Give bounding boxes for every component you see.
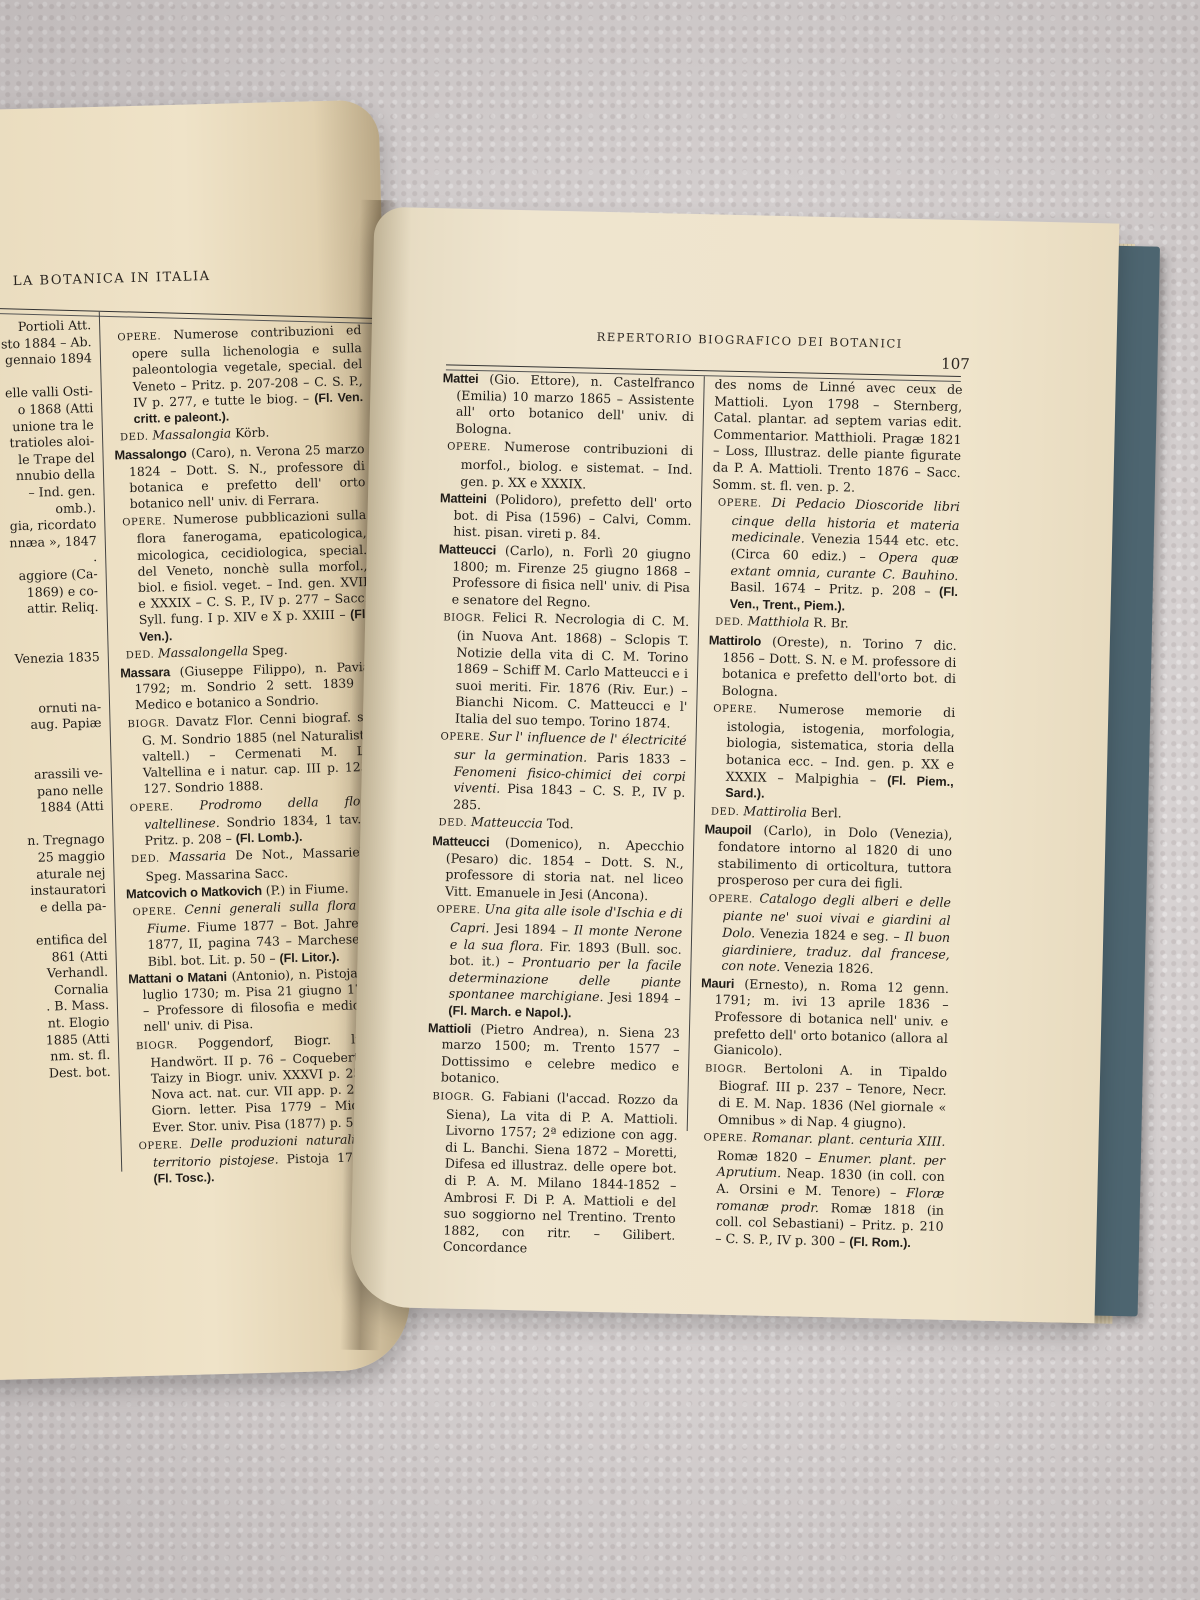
entry-headword: Mattani o Matani xyxy=(128,969,227,987)
entry-section: OPERE. Catalogo degli alberi e delle pia… xyxy=(707,889,951,979)
section-label: DED. xyxy=(438,818,471,830)
entry-headword: Mauri xyxy=(701,975,734,991)
right-page: REPERTORIO BIOGRAFICO DEI BOTANICI 107 M… xyxy=(350,207,1120,1324)
section-label: DED. xyxy=(131,854,169,866)
text-fragment: e della pa- xyxy=(0,898,107,918)
text-fragment: nnæa », 1847 xyxy=(0,533,97,553)
section-label: DED. xyxy=(120,432,153,444)
entry-massalongo: Massalongo (Caro), n. Verona 25 marzo 18… xyxy=(114,441,366,512)
entry-text: Davatz Flor. Cenni biograf. su G. M. Son… xyxy=(142,709,373,797)
entry-text: Jesi 1894 – xyxy=(603,989,680,1006)
entry-section: OPERE. Sur l' influence de l' électricit… xyxy=(439,728,687,819)
entry-matteucci: Matteucci (Carlo), n. Forlì 20 giugno 18… xyxy=(437,541,690,613)
work-title: Matteuccia xyxy=(471,814,543,831)
text-fragment: 1884 (Atti xyxy=(0,798,104,818)
section-label: BIOGR. xyxy=(705,1063,764,1075)
entry-section: BIOGR. G. Fabiani (l'accad. Rozzo da Sie… xyxy=(429,1087,679,1260)
entry-headword: Mattirolo xyxy=(709,632,762,648)
entry-text: Paris 1833 – xyxy=(587,750,686,767)
entry-text: Romæ 1820 – xyxy=(717,1147,819,1164)
text-fragment: gennaio 1894 xyxy=(0,350,92,370)
section-label: OPERE. xyxy=(117,331,173,343)
flora-reference: (Fl. March. e Napol.). xyxy=(448,1004,571,1021)
section-label: OPERE. xyxy=(718,498,772,510)
entry-section: OPERE. Una gita alle isole d'Ischia e di… xyxy=(434,901,683,1025)
entry-text: Körb. xyxy=(231,425,270,441)
entry-text: (Ernesto), n. Roma 12 genn. 1791; m. ivi… xyxy=(713,976,949,1058)
entry-headword: Matteini xyxy=(440,490,487,506)
section-label: BIOGR. xyxy=(432,1091,481,1103)
entry-maupoil: Maupoil (Carlo), in Dolo (Venezia), fond… xyxy=(703,822,952,894)
entry-text: Venezia 1826. xyxy=(780,959,874,976)
entry-text: R. Br. xyxy=(809,615,849,631)
entry-section: BIOGR. Felici R. Necrologia di C. M. (in… xyxy=(441,609,690,733)
entry-headword: Matteucci xyxy=(432,833,490,849)
entry-text: Basil. 1674 – Pritz. p. 208 – xyxy=(730,579,939,599)
entry-headword: Mattioli xyxy=(428,1020,472,1036)
entry-text: (P.) in Fiume. xyxy=(262,880,349,897)
text-fragment: Dest. bot. xyxy=(0,1064,111,1084)
entry-text: G. Fabiani (l'accad. Rozzo da Siena), La… xyxy=(443,1088,679,1255)
entry-text: (Carlo), in Dolo (Venezia), fondatore in… xyxy=(717,823,952,891)
work-title: Massalongia xyxy=(152,426,231,443)
section-label: BIOGR. xyxy=(127,718,175,730)
page-number: 107 xyxy=(941,355,970,374)
entry-mauri: Mauri (Ernesto), n. Roma 12 genn. 1791; … xyxy=(699,975,949,1064)
entry-text: Tod. xyxy=(543,816,574,832)
entry-text: Berl. xyxy=(807,805,842,821)
entry-section: OPERE. Prodromo della flora valtellinese… xyxy=(130,793,375,850)
entry-section: OPERE. Numerose contribuzioni di morfol.… xyxy=(446,438,693,495)
section-label: OPERE. xyxy=(709,893,760,905)
entry-text: (Gio. Ettore), n. Castelfranco (Emilia) … xyxy=(455,371,694,437)
entry-section: OPERE. Numerose contribuzioni ed opere s… xyxy=(117,322,364,428)
section-label: DED. xyxy=(715,617,748,629)
section-label: OPERE. xyxy=(132,906,184,918)
entry-text: Speg. xyxy=(248,642,288,658)
section-label: OPERE. xyxy=(713,704,778,716)
flora-reference: (Fl. Rom.). xyxy=(849,1234,911,1249)
entry-section: OPERE. Di Pedacio Dioscoride libri cinqu… xyxy=(715,494,960,618)
entry-section: OPERE. Cenni generali sulla flora di Fiu… xyxy=(132,897,378,970)
section-label: DED. xyxy=(711,806,744,818)
section-label: OPERE. xyxy=(440,732,488,744)
entry-headword: Maupoil xyxy=(704,822,751,838)
entry-text: (Pietro Andrea), n. Siena 23 marzo 1500;… xyxy=(441,1021,680,1086)
entry-section: DED. Massaria De Not., Massariella Speg.… xyxy=(131,844,376,885)
entry-section: OPERE. Romanar. plant. centuria XIII. Ro… xyxy=(701,1129,946,1253)
flora-reference: (Fl. Lomb.). xyxy=(236,830,303,846)
right-column-1: Mattei (Gio. Ettore), n. Castelfranco (E… xyxy=(423,370,695,1261)
left-outer-column: Portioli Att.sto 1884 – Ab.gennaio 1894 … xyxy=(0,317,111,1083)
entry-headword: Massalongo xyxy=(114,446,186,463)
section-label: OPERE. xyxy=(437,905,485,917)
entry-section: BIOGR. Davatz Flor. Cenni biograf. su G.… xyxy=(127,709,373,798)
entry-continuation: des noms de Linné avec ceux de Mattioli.… xyxy=(712,376,963,494)
section-label: OPERE. xyxy=(130,801,200,814)
entry-section: des noms de Linné avec ceux de Mattioli.… xyxy=(712,376,963,498)
work-title: Matthiola xyxy=(747,614,809,630)
entry-text: Venezia 1824 e seg. – xyxy=(755,926,905,944)
text-fragment: attir. Reliq. xyxy=(0,599,99,619)
right-column-2: des noms de Linné avec ceux de Mattioli.… xyxy=(695,376,963,1253)
flora-reference: (Fl. Tosc.). xyxy=(153,1170,214,1186)
work-title: Mattirolia xyxy=(743,803,807,819)
entry-section: BIOGR. Bertoloni A. in Tipaldo Biograf. … xyxy=(704,1059,947,1133)
entry-matteucci: Matteucci (Domenico), n. Apecchio (Pesar… xyxy=(431,833,684,905)
entry-matteini: Matteini (Polidoro), prefetto dell' orto… xyxy=(439,490,692,545)
work-title: Massaria xyxy=(169,848,227,864)
entry-section: OPERE. Numerose memorie di istologia, is… xyxy=(711,700,955,807)
entry-headword: Massara xyxy=(120,664,170,680)
entry-headword: Matcovich o Matkovich xyxy=(126,883,262,902)
entry-text: (Giuseppe Filippo), n. Pavia 1792; m. So… xyxy=(134,659,370,713)
work-title: Massalongella xyxy=(158,643,249,660)
section-label: OPERE. xyxy=(703,1133,752,1145)
left-inner-column: OPERE. Numerose contribuzioni ed opere s… xyxy=(111,322,383,1189)
flora-reference: (Fl. Litor.). xyxy=(279,949,339,965)
text-fragment: aug. Papiæ xyxy=(0,715,102,735)
entry-mattioli: Mattioli (Pietro Andrea), n. Siena 23 ma… xyxy=(427,1020,680,1092)
entry-mattani-o-matani: Mattani o Matani (Antonio), n. Pistoja 2… xyxy=(128,965,380,1036)
right-running-head: REPERTORIO BIOGRAFICO DEI BOTANICI xyxy=(597,330,903,351)
entry-massara: Massara (Giuseppe Filippo), n. Pavia 179… xyxy=(120,659,371,714)
section-label: DED. xyxy=(126,649,159,661)
section-label: BIOGR. xyxy=(443,613,492,625)
left-running-head: LA BOTANICA IN ITALIA xyxy=(13,269,211,289)
section-label: OPERE. xyxy=(138,1140,190,1152)
entry-headword: Mattei xyxy=(443,370,479,386)
entry-mattei: Mattei (Gio. Ettore), n. Castelfranco (E… xyxy=(441,370,694,442)
entry-text: (Polidoro), prefetto dell' orto bot. di … xyxy=(453,491,692,542)
entry-mattirolo: Mattirolo (Oreste), n. Torino 7 dic. 185… xyxy=(707,632,956,704)
work-title: Romanar. plant. centuria XIII. xyxy=(752,1130,946,1149)
entry-text: Felici R. Necrologia di C. M. (in Nuova … xyxy=(455,610,690,731)
section-label: OPERE. xyxy=(447,442,504,454)
entry-headword: Matteucci xyxy=(439,541,497,557)
section-label: BIOGR. xyxy=(136,1039,198,1052)
entry-section: OPERE. Numerose pubblicazioni sulla flor… xyxy=(122,507,369,645)
entry-text: Jesi 1894 – xyxy=(489,920,574,937)
section-label: OPERE. xyxy=(122,516,173,528)
